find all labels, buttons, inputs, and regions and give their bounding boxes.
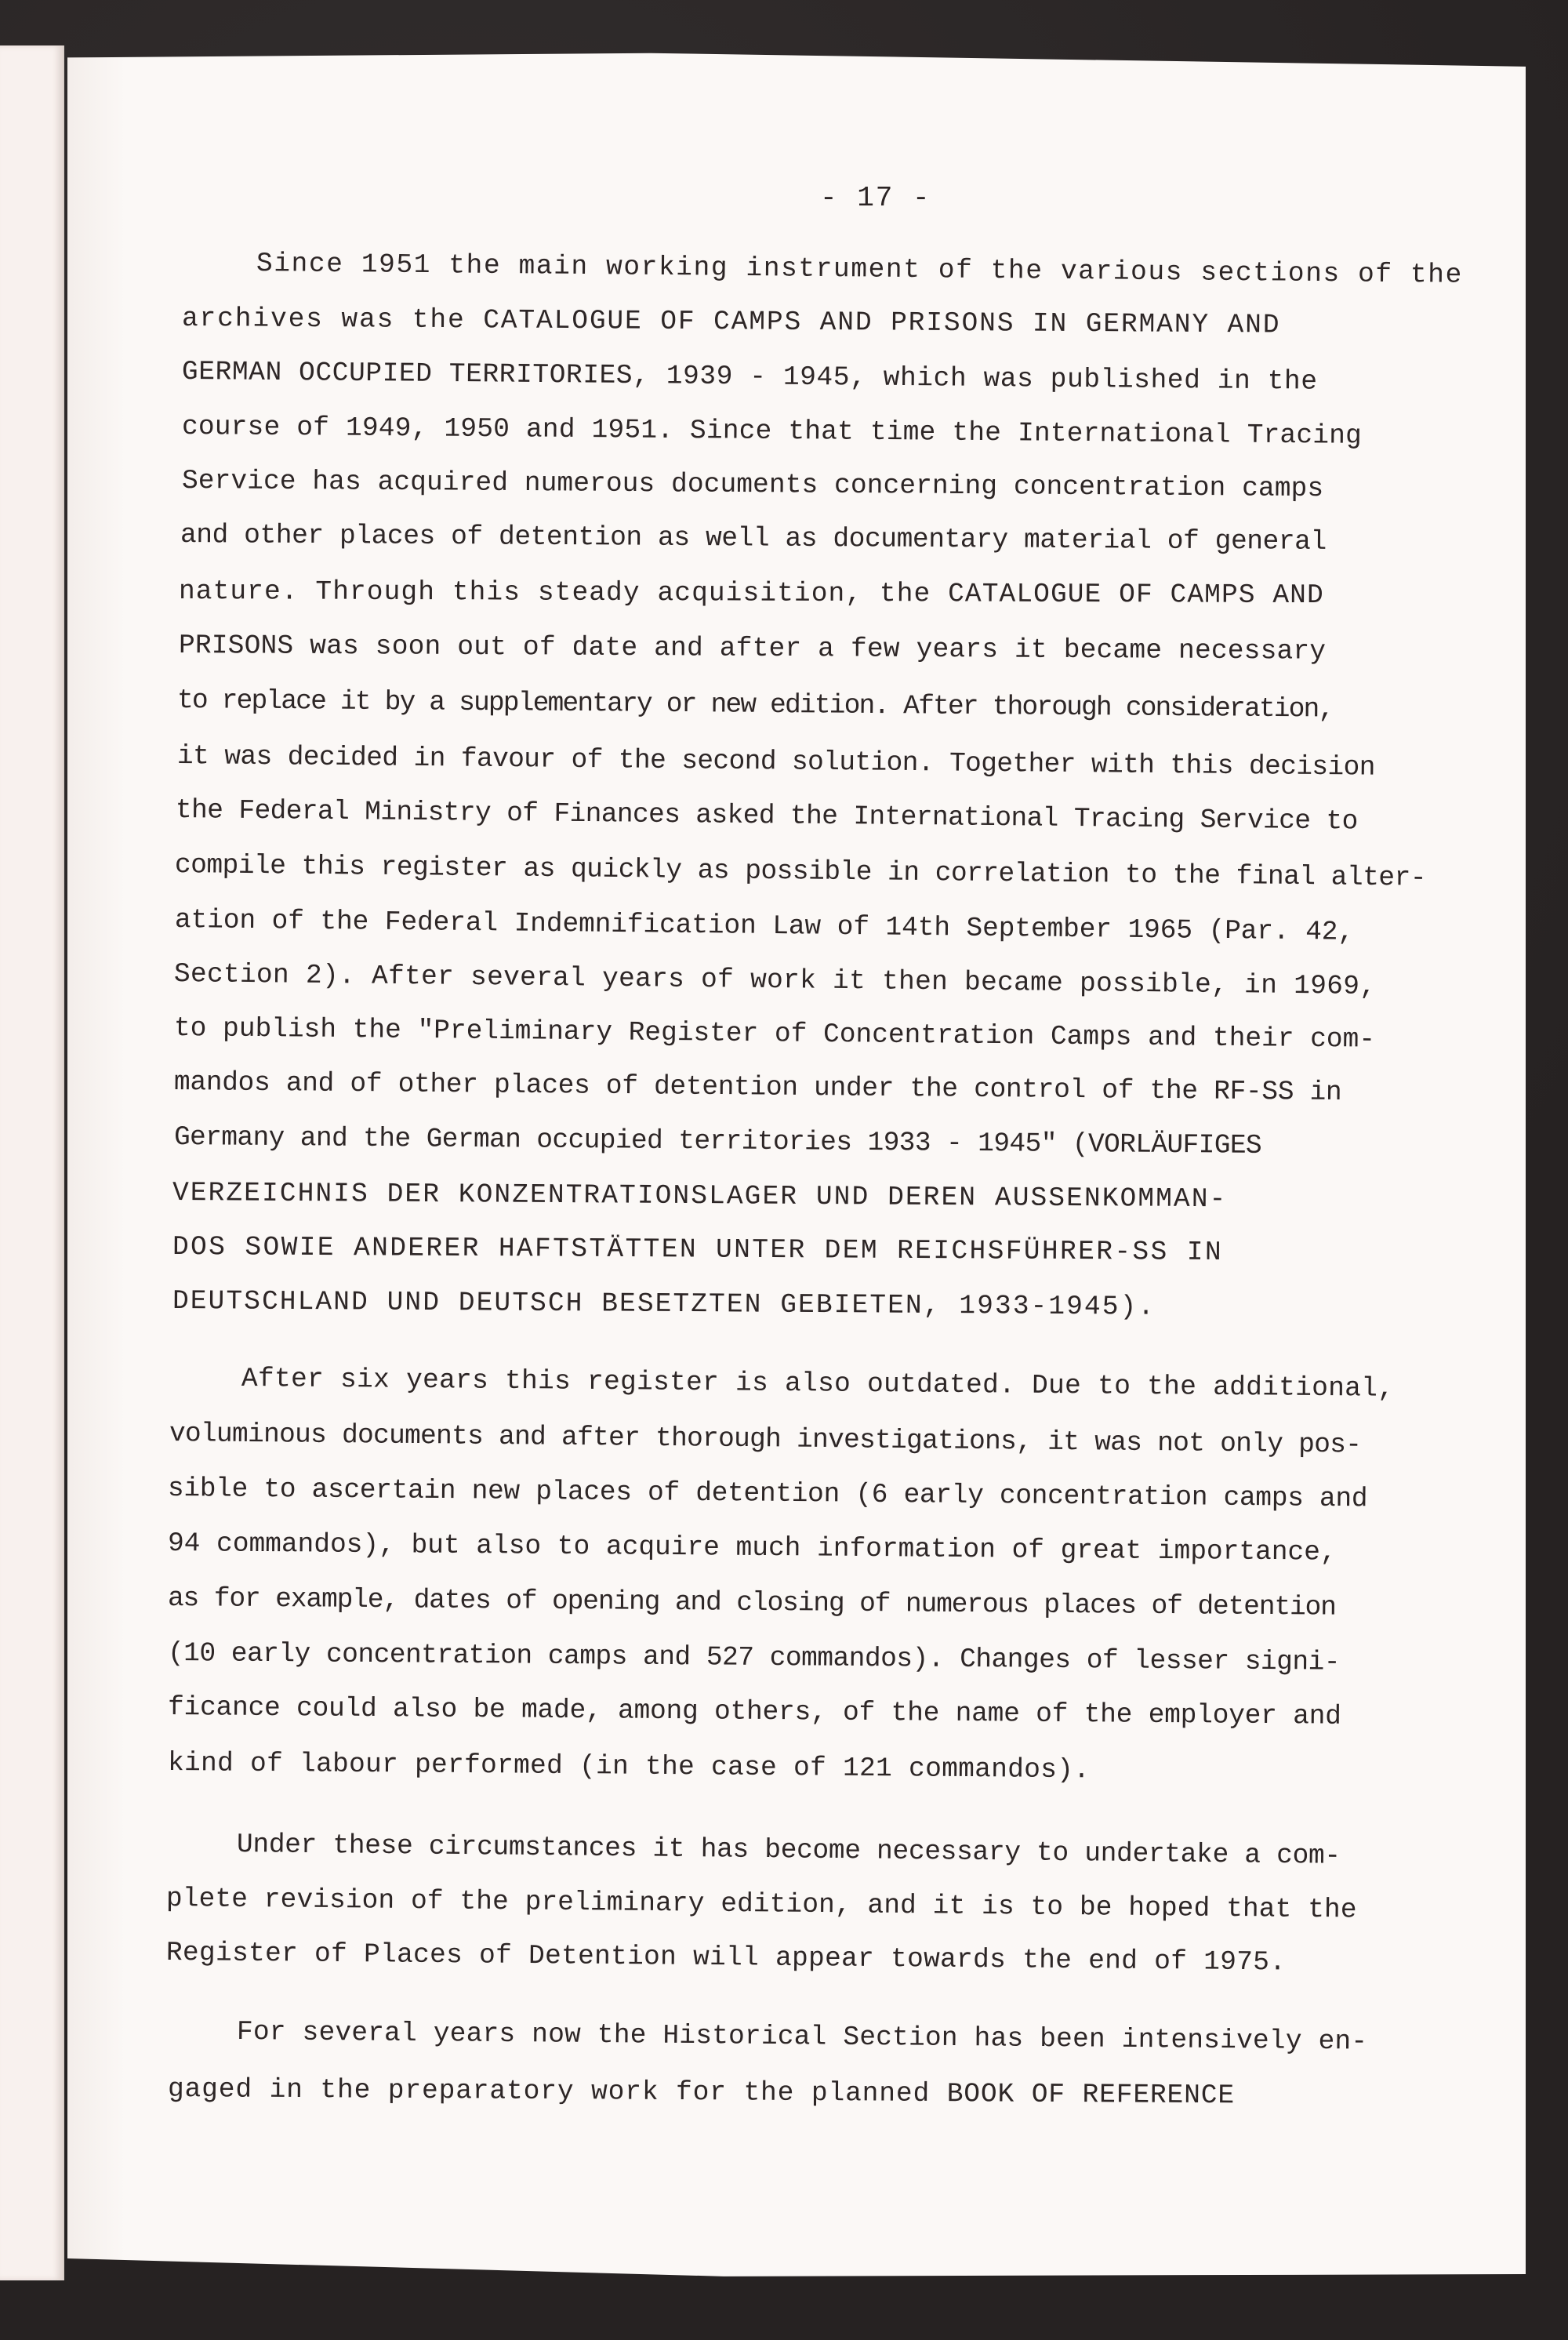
text-line: to publish the "Preliminary Register of … xyxy=(174,1016,1375,1054)
text-line: mandos and of other places of detention … xyxy=(174,1070,1342,1106)
text-line: DEUTSCHLAND UND DEUTSCH BESETZTEN GEBIET… xyxy=(172,1288,1156,1321)
text-line: and other places of detention as well as… xyxy=(180,522,1327,556)
text-line: DOS SOWIE ANDERER HAFTSTÄTTEN UNTER DEM … xyxy=(172,1234,1223,1267)
text-line: voluminous documents and after thorough … xyxy=(169,1421,1362,1459)
text-line: ficance could also be made, among others… xyxy=(168,1695,1341,1731)
text-line: ation of the Federal Indemnification Law… xyxy=(175,907,1354,947)
text-line: GERMAN OCCUPIED TERRITORIES, 1939 - 1945… xyxy=(182,359,1318,396)
text-line: sible to ascertain new places of detenti… xyxy=(168,1476,1368,1513)
text-line: compile this register as quickly as poss… xyxy=(175,852,1426,892)
text-line: After six years this register is also ou… xyxy=(241,1366,1394,1403)
text-line: gaged in the preparatory work for the pl… xyxy=(168,2077,1235,2110)
text-line: archives was the CATALOGUE OF CAMPS AND … xyxy=(182,306,1281,340)
text-line: VERZEICHNIS DER KONZENTRATIONSLAGER UND … xyxy=(172,1180,1228,1214)
document-page: - 17 - Since 1951 the main working instr… xyxy=(67,49,1526,2290)
text-line: Register of Places of Detention will app… xyxy=(166,1940,1286,1977)
text-line: the Federal Ministry of Finances asked t… xyxy=(176,798,1358,836)
text-line: course of 1949, 1950 and 1951. Since tha… xyxy=(182,414,1362,450)
text-line: Germany and the German occupied territor… xyxy=(174,1125,1261,1160)
page-number: - 17 - xyxy=(820,182,931,214)
text-line: (10 early concentration camps and 527 co… xyxy=(168,1641,1340,1677)
text-line: to replace it by a supplementary or new … xyxy=(177,688,1334,724)
facing-page-edge xyxy=(0,45,64,2280)
text-line: 94 commandos), but also to acquire much … xyxy=(168,1531,1337,1567)
text-line: For several years now the Historical Sec… xyxy=(237,2019,1368,2056)
text-line: Since 1951 the main working instrument o… xyxy=(256,251,1550,290)
text-line: nature. Through this steady acquisition,… xyxy=(179,579,1324,610)
text-line: kind of labour performed (in the case of… xyxy=(168,1750,1090,1785)
text-line: Section 2). After several years of work … xyxy=(174,961,1377,1001)
text-line: as for example, dates of opening and clo… xyxy=(168,1586,1336,1622)
text-line: PRISONS was soon out of date and after a… xyxy=(179,633,1326,666)
text-line: Service has acquired numerous documents … xyxy=(182,468,1323,503)
text-line: plete revision of the preliminary editio… xyxy=(166,1886,1357,1924)
text-line: Under these circumstances it has become … xyxy=(237,1832,1341,1870)
text-line: it was decided in favour of the second s… xyxy=(177,743,1375,782)
